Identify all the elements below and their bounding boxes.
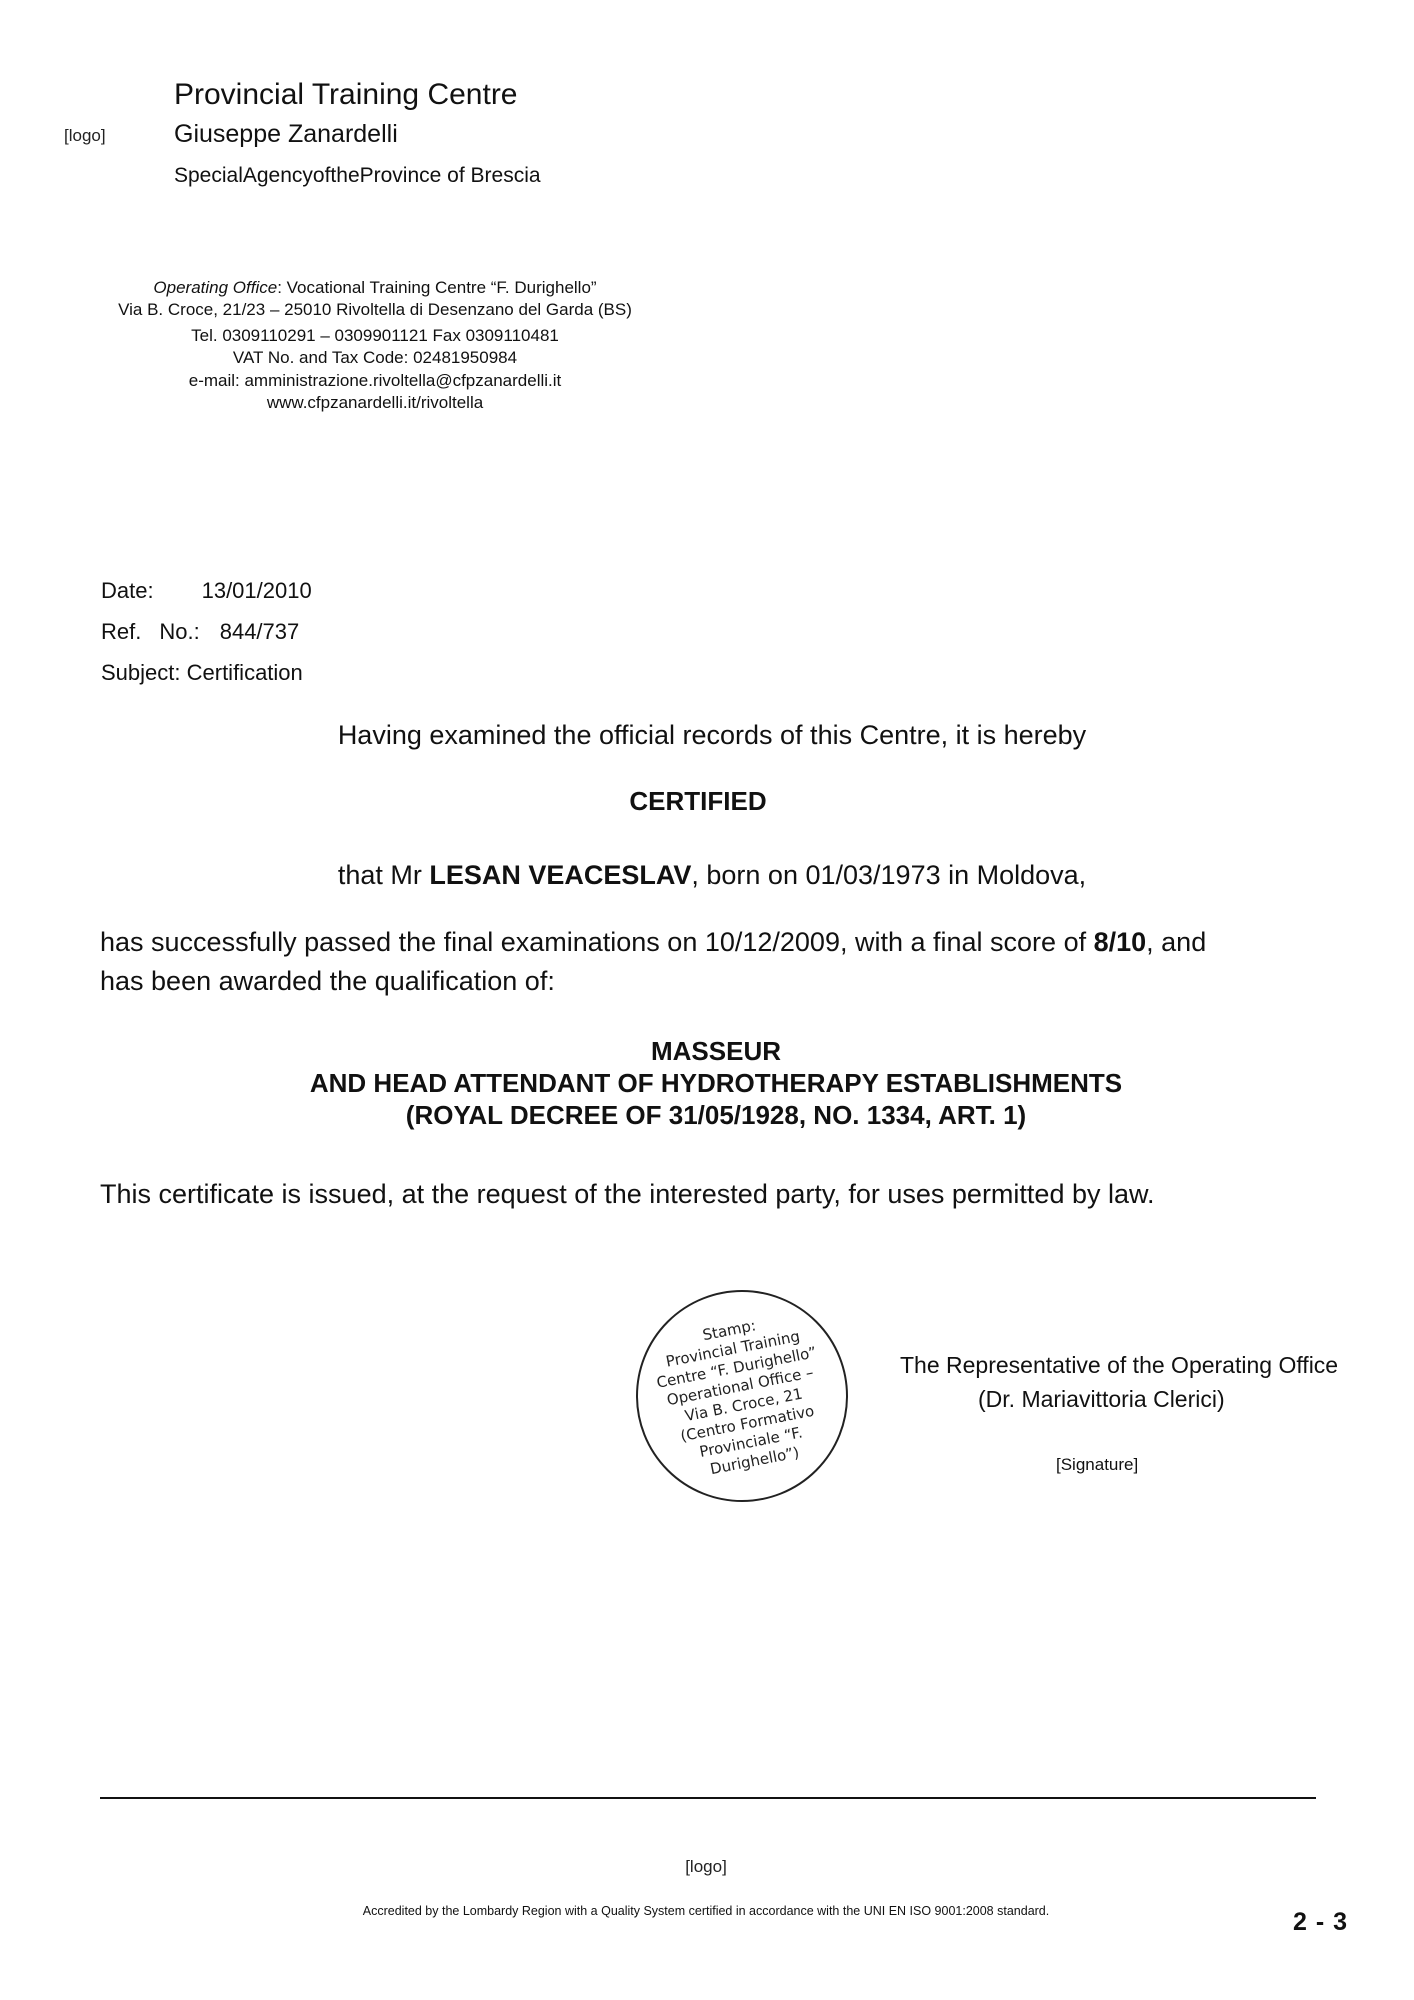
footer-divider [100, 1797, 1316, 1799]
exam-line: has successfully passed the final examin… [100, 927, 1206, 958]
qualification-line: MASSEUR [310, 1035, 1122, 1067]
org-name: Giuseppe Zanardelli [174, 120, 398, 149]
subject-label: Subject: [101, 660, 181, 685]
org-agency: SpecialAgencyoftheProvince of Brescia [174, 164, 541, 188]
accreditation-note: Accredited by the Lombardy Region with a… [363, 1904, 1049, 1918]
subject-value: Certification [187, 660, 303, 685]
page-number: 2 - 3 [1293, 1908, 1348, 1937]
header-logo-placeholder: [logo] [64, 126, 106, 146]
person-line: that Mr LESAN VEACESLAV, born on 01/03/1… [338, 860, 1086, 891]
qualification-line: (ROYAL DECREE OF 31/05/1928, NO. 1334, A… [310, 1099, 1122, 1131]
signatory-role: The Representative of the Operating Offi… [900, 1352, 1338, 1379]
certified-heading: CERTIFIED [629, 786, 766, 817]
ref-no-label: No.: [159, 619, 199, 644]
ref-label: Ref. [101, 619, 141, 644]
office-stamp: Stamp: Provincial Training Centre “F. Du… [636, 1290, 848, 1502]
subject-row: Subject: Certification [101, 660, 303, 686]
closing-line: This certificate is issued, at the reque… [100, 1179, 1155, 1210]
office-name-line: Operating Office: Vocational Training Ce… [75, 277, 675, 299]
office-address: Via B. Croce, 21/23 – 25010 Rivoltella d… [75, 299, 675, 321]
office-vat: VAT No. and Tax Code: 02481950984 [75, 347, 675, 369]
office-email[interactable]: e-mail: amministrazione.rivoltella@cfpza… [75, 370, 675, 392]
intro-line: Having examined the official records of … [338, 720, 1086, 751]
exam-score: 8/10 [1094, 927, 1147, 957]
exam-prefix: has successfully passed the final examin… [100, 927, 1094, 957]
exam-suffix: , and [1146, 927, 1206, 957]
signatory-name: (Dr. Mariavittoria Clerici) [978, 1386, 1225, 1413]
person-name: LESAN VEACESLAV [429, 860, 691, 890]
office-phone: Tel. 0309110291 – 0309901121 Fax 0309110… [75, 325, 675, 347]
ref-row: Ref.No.:844/737 [101, 619, 299, 645]
footer-logo-placeholder: [logo] [685, 1857, 727, 1877]
qualification-line: AND HEAD ATTENDANT OF HYDROTHERAPY ESTAB… [310, 1067, 1122, 1099]
org-title: Provincial Training Centre [174, 78, 518, 112]
office-website[interactable]: www.cfpzanardelli.it/rivoltella [75, 392, 675, 414]
date-label: Date: [101, 578, 154, 603]
person-prefix: that Mr [338, 860, 430, 890]
person-suffix: , born on 01/03/1973 in Moldova, [691, 860, 1086, 890]
signature-placeholder: [Signature] [1056, 1455, 1138, 1475]
stamp-text: Stamp: Provincial Training Centre “F. Du… [648, 1306, 836, 1486]
office-name: : Vocational Training Centre “F. Durighe… [277, 278, 596, 297]
office-label: Operating Office [153, 278, 277, 297]
date-value: 13/01/2010 [202, 578, 312, 603]
date-row: Date:13/01/2010 [101, 578, 312, 604]
operating-office-block: Operating Office: Vocational Training Ce… [75, 277, 675, 414]
awarded-line: has been awarded the qualification of: [100, 966, 555, 997]
ref-value: 844/737 [220, 619, 300, 644]
qualification-block: MASSEUR AND HEAD ATTENDANT OF HYDROTHERA… [310, 1035, 1122, 1131]
